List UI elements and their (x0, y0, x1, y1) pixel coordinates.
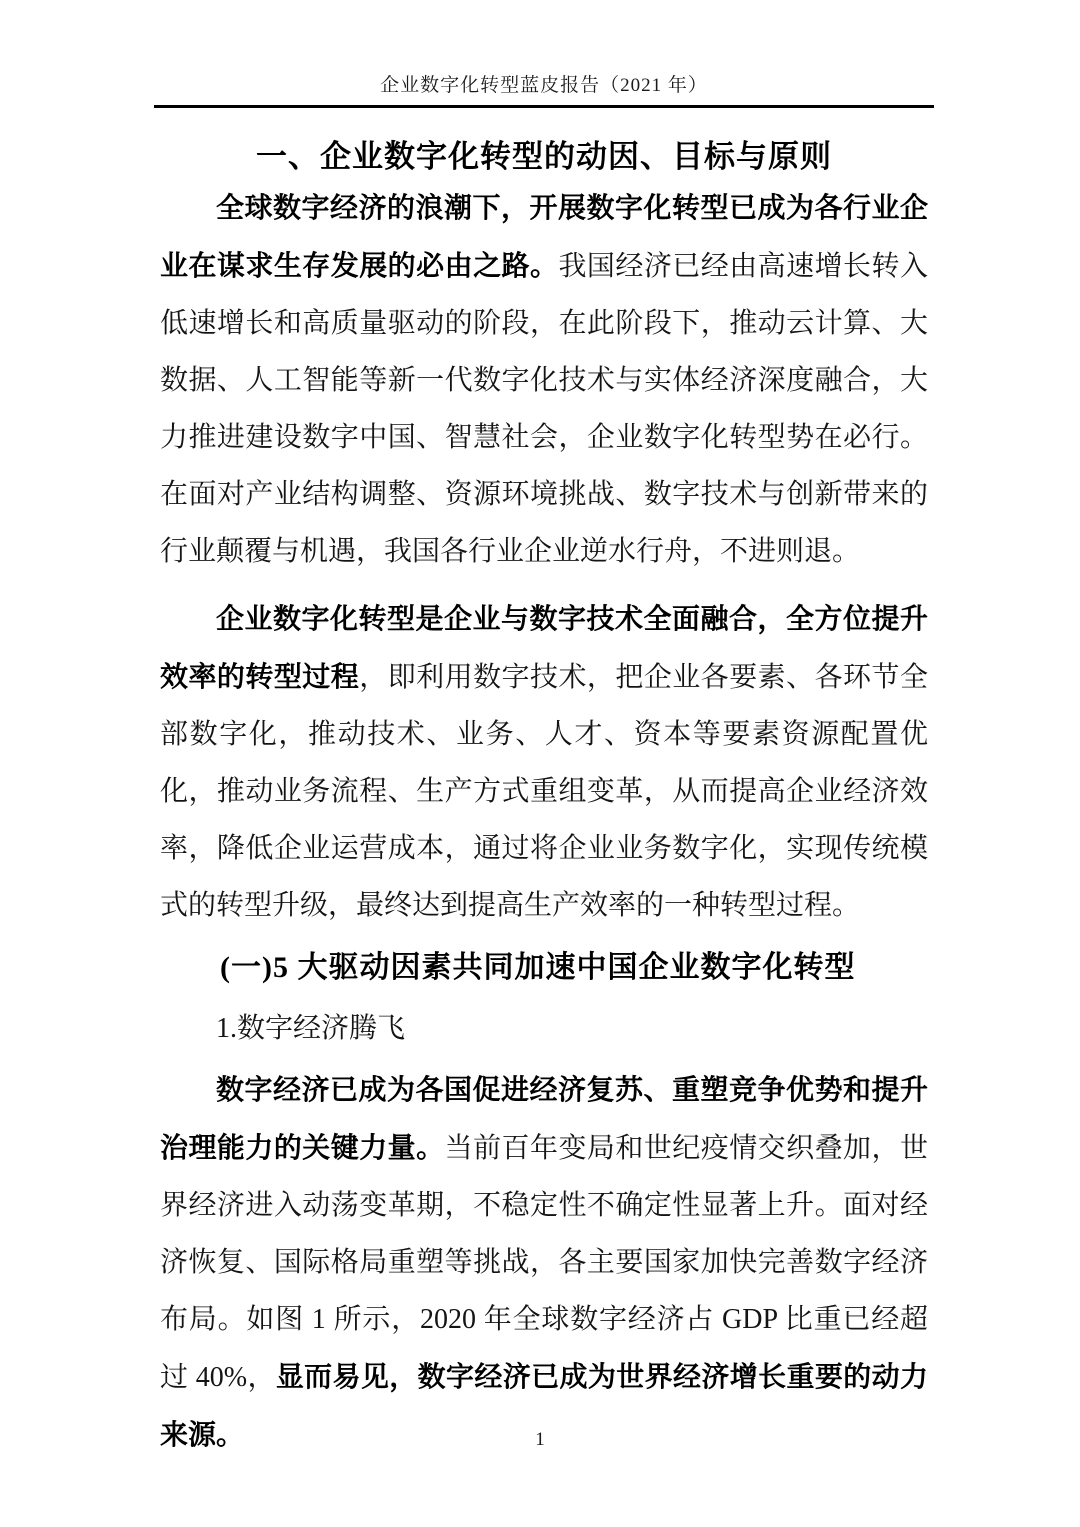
document-page: 企业数字化转型蓝皮报告（2021 年） 一、企业数字化转型的动因、目标与原则 全… (0, 0, 1080, 1527)
running-header-title: 企业数字化转型蓝皮报告（2021 年） (160, 0, 928, 97)
page-content: 企业数字化转型蓝皮报告（2021 年） 一、企业数字化转型的动因、目标与原则 全… (0, 0, 1080, 1464)
page-number: 1 (0, 1429, 1080, 1451)
text-run: 我国经济已经由高速增长转入低速增长和高质量驱动的阶段，在此阶段下，推动云计算、大… (160, 251, 928, 567)
item-title-digital-economy: 1.数字经济腾飞 (160, 1005, 928, 1053)
paragraph-digital-economy: 数字经济已成为各国促进经济复苏、重塑竞争优势和提升治理能力的关键力量。当前百年变… (160, 1061, 928, 1464)
header-rule (154, 105, 934, 108)
text-run: 当前百年变局和世纪疫情交织叠加，世界经济进入动荡变革期，不稳定性不确定性显著上升… (160, 1133, 928, 1393)
text-run: ，即利用数字技术，把企业各要素、各环节全部数字化，推动技术、业务、人才、资本等要… (160, 662, 928, 921)
paragraph-intro: 全球数字经济的浪潮下，开展数字化转型已成为各行业企业在谋求生存发展的必由之路。我… (160, 179, 928, 580)
subsection-title: (一)5 大驱动因素共同加速中国企业数字化转型 (160, 944, 928, 992)
paragraph-definition: 企业数字化转型是企业与数字技术全面融合，全方位提升效率的转型过程，即利用数字技术… (160, 590, 928, 934)
section-title: 一、企业数字化转型的动因、目标与原则 (160, 135, 928, 179)
